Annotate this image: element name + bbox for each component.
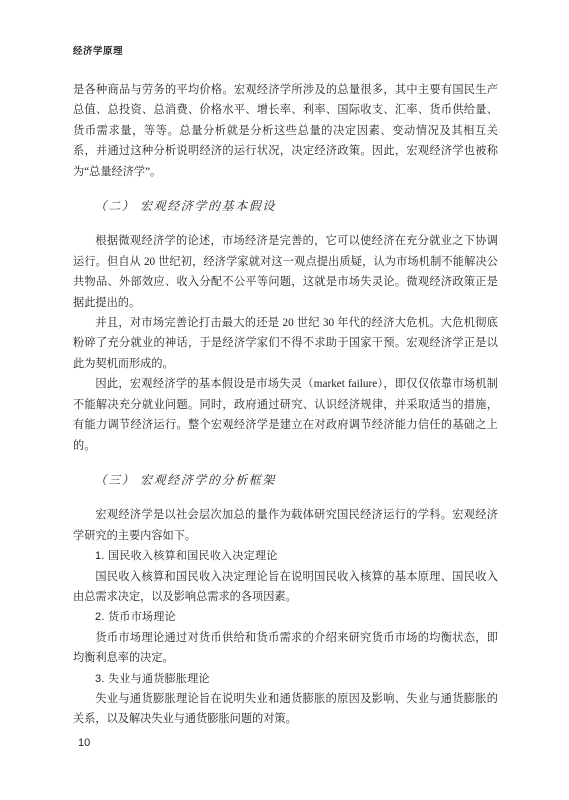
page-number: 10 bbox=[78, 737, 90, 749]
numbered-item-title-1: 1. 国民收入核算和国民收入决定理论 bbox=[73, 546, 498, 566]
paragraph: 失业与通货膨胀理论旨在说明失业和通货膨胀的原因及影响、失业与通货膨胀的关系，以及… bbox=[73, 689, 498, 730]
page-body: 是各种商品与劳务的平均价格。宏观经济学所涉及的总量很多，其中主要有国民生产总值、… bbox=[73, 80, 498, 730]
running-header: 经济学原理 bbox=[73, 43, 123, 57]
numbered-item-title-2: 2. 货币市场理论 bbox=[73, 607, 498, 627]
paragraph: 国民收入核算和国民收入决定理论旨在说明国民收入核算的基本原理、国民收入由总需求决… bbox=[73, 567, 498, 608]
paragraph: 根据微观经济学的论述，市场经济是完善的，它可以使经济在充分就业之下协调运行。但自… bbox=[73, 231, 498, 313]
section-heading-basic-assumptions: （二） 宏观经济学的基本假设 bbox=[73, 196, 498, 216]
book-page: 经济学原理 是各种商品与劳务的平均价格。宏观经济学所涉及的总量很多，其中主要有国… bbox=[0, 0, 569, 800]
numbered-item-title-3: 3. 失业与通货膨胀理论 bbox=[73, 669, 498, 689]
intro-paragraph: 是各种商品与劳务的平均价格。宏观经济学所涉及的总量很多，其中主要有国民生产总值、… bbox=[73, 80, 498, 182]
paragraph: 货币市场理论通过对货币供给和货币需求的介绍来研究货币市场的均衡状态，即均衡利息率… bbox=[73, 628, 498, 669]
paragraph: 宏观经济学是以社会层次加总的量作为载体研究国民经济运行的学科。宏观经济学研究的主… bbox=[73, 505, 498, 546]
paragraph: 因此，宏观经济学的基本假设是市场失灵（market failure），即仅仅依靠… bbox=[73, 374, 498, 456]
paragraph: 并且，对市场完善论打击最大的还是 20 世纪 30 年代的经济大危机。大危机彻底… bbox=[73, 313, 498, 374]
section-heading-analysis-framework: （三） 宏观经济学的分析框架 bbox=[73, 470, 498, 490]
